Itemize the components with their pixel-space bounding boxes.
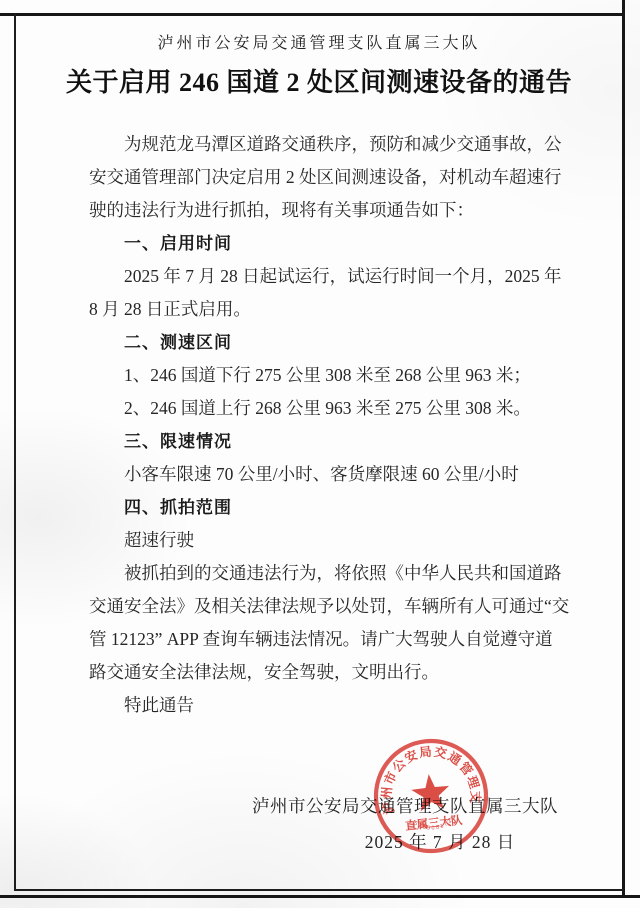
section-heading-4: 四、抓拍范围 [89, 491, 565, 524]
seal-star-icon [410, 772, 452, 812]
document-photo: 泸州市公安局交通管理支队直属三大队 关于启用 246 国道 2 处区间测速设备的… [0, 0, 640, 908]
body-line: 2、246 国道上行 268 公里 963 米至 275 公里 308 米。 [89, 392, 565, 425]
section-heading-2: 二、测速区间 [89, 326, 565, 359]
body-line: 为规范龙马潭区道路交通秩序，预防和减少交通事故，公 [89, 128, 565, 161]
body-line: 1、246 国道下行 275 公里 308 米至 268 公里 963 米； [89, 359, 565, 392]
closing-line: 特此通告 [89, 689, 565, 722]
body-line: 驶的违法行为进行抓拍，现将有关事项通告如下： [89, 194, 565, 227]
body-line: 路交通安全法律法规，安全驾驶，文明出行。 [89, 656, 565, 689]
body-line: 交通安全法》及相关法律法规予以处罚，车辆所有人可通过“交 [89, 590, 565, 623]
body-line: 8 月 28 日正式启用。 [89, 293, 565, 326]
section-heading-3: 三、限速情况 [89, 425, 565, 458]
body-line: 超速行驶 [89, 524, 565, 557]
issuer-header: 泸州市公安局交通管理支队直属三大队 [15, 30, 623, 53]
page-border-top [0, 13, 625, 16]
body-line: 小客车限速 70 公里/小时、客货摩限速 60 公里/小时 [89, 458, 565, 491]
notice-title: 关于启用 246 国道 2 处区间测速设备的通告 [15, 62, 623, 99]
body-line: 安交通管理部门决定启用 2 处区间测速设备，对机动车超速行 [89, 161, 565, 194]
page-border-bottom-inner [14, 889, 624, 891]
body-line: 管 12123” APP 查询车辆违法情况。请广大驾驶人自觉遵守道 [89, 623, 565, 656]
section-heading-1: 一、启用时间 [89, 227, 565, 260]
page-border-left [14, 13, 16, 890]
page-border-right [622, 0, 625, 897]
page-border-bottom [0, 895, 640, 898]
official-seal-stamp: 泸州市公安局交通管理支队 直属三大队 5105051731 [365, 730, 497, 862]
body-line: 被抓拍到的交通违法行为，将依照《中华人民共和国道路 [89, 557, 565, 590]
notice-body: 为规范龙马潭区道路交通秩序，预防和减少交通事故，公 安交通管理部门决定启用 2 … [89, 128, 565, 722]
body-line: 2025 年 7 月 28 日起试运行，试运行时间一个月，2025 年 [89, 260, 565, 293]
